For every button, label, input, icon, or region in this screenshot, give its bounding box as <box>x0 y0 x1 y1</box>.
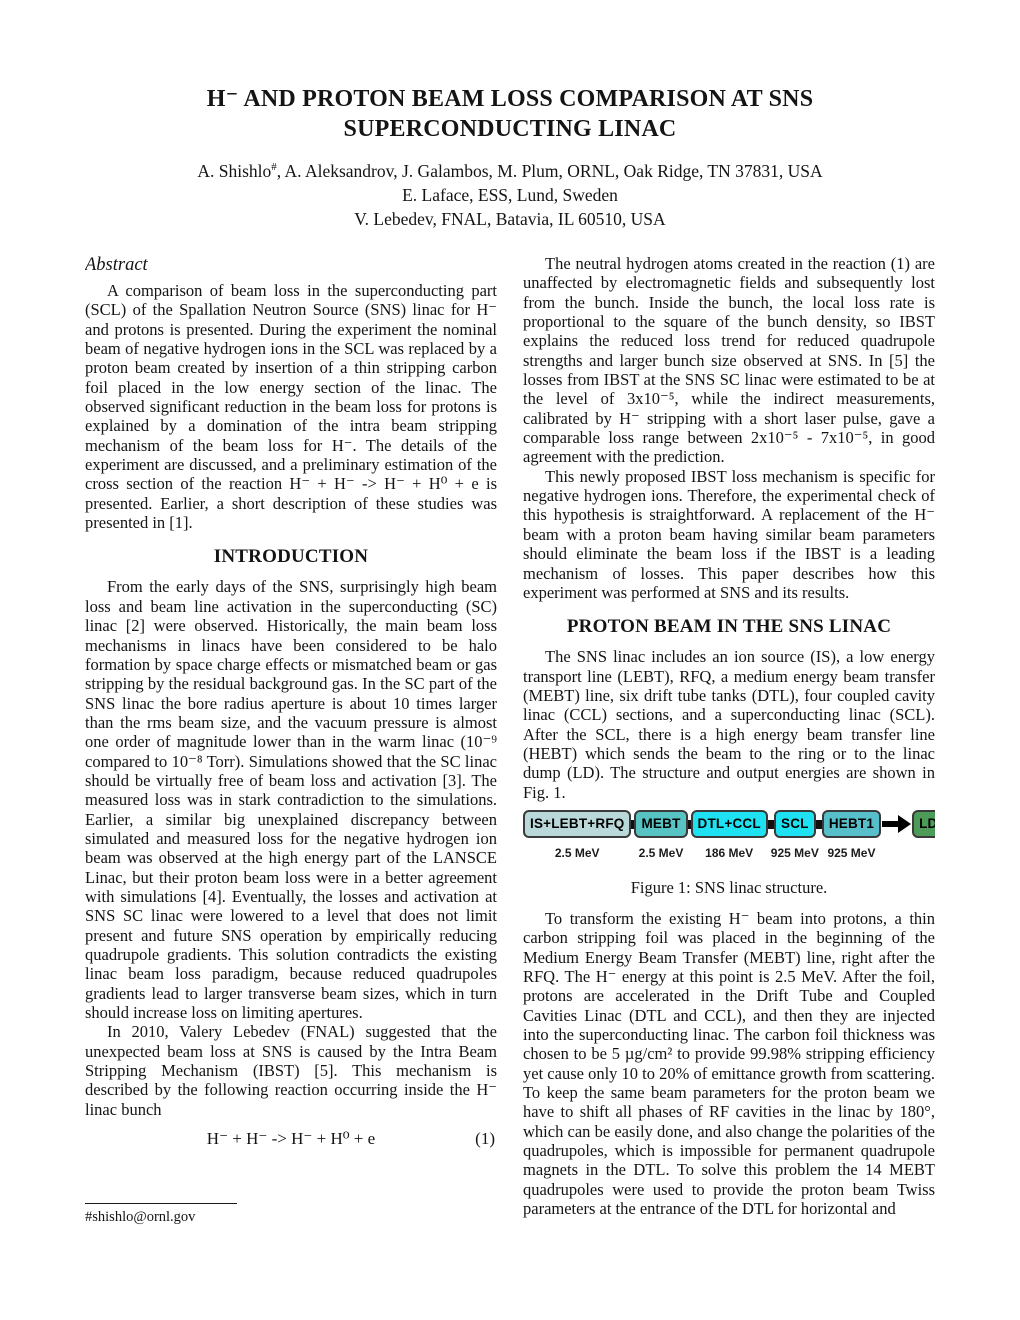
linac-energy-label: 186 MeV <box>705 846 753 860</box>
two-column-body: Abstract A comparison of beam loss in th… <box>85 254 935 1262</box>
linac-box-label: LD <box>912 810 935 838</box>
linac-diagram: IS+LEBT+RFQ2.5 MeVMEBT2.5 MeVDTL+CCL186 … <box>523 810 935 860</box>
linac-segment-dtl-ccl: DTL+CCL186 MeV <box>691 810 768 860</box>
equation-1: H⁻ + H⁻ -> H⁻ + H⁰ + e (1) <box>85 1128 497 1150</box>
linac-energy-label: 925 MeV <box>827 846 875 860</box>
intro-paragraph-1: From the early days of the SNS, surprisi… <box>85 577 497 1022</box>
figure-1: IS+LEBT+RFQ2.5 MeVMEBT2.5 MeVDTL+CCL186 … <box>523 810 935 898</box>
linac-box-label: MEBT <box>634 810 687 838</box>
figure-1-caption: Figure 1: SNS linac structure. <box>523 878 935 898</box>
abstract-heading: Abstract <box>85 254 497 276</box>
equation-number: (1) <box>475 1128 495 1150</box>
paper-page: H⁻ AND PROTON BEAM LOSS COMPARISON AT SN… <box>0 0 1020 1320</box>
author-line-1: A. Shishlo#, A. Aleksandrov, J. Galambos… <box>85 159 935 183</box>
arrow-icon <box>882 810 911 838</box>
linac-energy-label: 2.5 MeV <box>639 846 684 860</box>
paper-title-line2: SUPERCONDUCTING LINAC <box>85 114 935 144</box>
footnote-rule <box>85 1203 237 1204</box>
right-column: The neutral hydrogen atoms created in th… <box>523 254 935 1262</box>
linac-box-label: SCL <box>774 810 816 838</box>
intro-paragraph-2: In 2010, Valery Lebedev (FNAL) suggested… <box>85 1022 497 1119</box>
author-line-3: V. Lebedev, FNAL, Batavia, IL 60510, USA <box>85 207 935 231</box>
author-name: A. Shishlo <box>197 161 271 181</box>
abstract-text: A comparison of beam loss in the superco… <box>85 281 497 532</box>
linac-segment-mebt: MEBT2.5 MeV <box>634 810 687 860</box>
footnote-email: #shishlo@ornl.gov <box>85 1208 497 1226</box>
linac-box-label: DTL+CCL <box>691 810 768 838</box>
linac-energy-label: 2.5 MeV <box>555 846 600 860</box>
author-line-2: E. Laface, ESS, Lund, Sweden <box>85 183 935 207</box>
right-paragraph-4: To transform the existing H⁻ beam into p… <box>523 909 935 1219</box>
left-column: Abstract A comparison of beam loss in th… <box>85 254 497 1262</box>
paper-title-line1: H⁻ AND PROTON BEAM LOSS COMPARISON AT SN… <box>85 84 935 114</box>
proton-beam-heading: PROTON BEAM IN THE SNS LINAC <box>523 615 935 638</box>
right-paragraph-3: The SNS linac includes an ion source (IS… <box>523 647 935 802</box>
author-affiliations: , A. Aleksandrov, J. Galambos, M. Plum, … <box>277 161 823 181</box>
linac-box-label: HEBT1 <box>822 810 881 838</box>
paper-title: H⁻ AND PROTON BEAM LOSS COMPARISON AT SN… <box>85 84 935 144</box>
footnote: #shishlo@ornl.gov <box>85 1203 497 1226</box>
introduction-heading: INTRODUCTION <box>85 545 497 568</box>
linac-segment-ld: LD <box>912 810 935 860</box>
equation-expression: H⁻ + H⁻ -> H⁻ + H⁰ + e <box>207 1129 375 1148</box>
author-block: A. Shishlo#, A. Aleksandrov, J. Galambos… <box>85 159 935 231</box>
linac-box-label: IS+LEBT+RFQ <box>523 810 631 838</box>
right-paragraph-1: The neutral hydrogen atoms created in th… <box>523 254 935 467</box>
right-paragraph-2: This newly proposed IBST loss mechanism … <box>523 467 935 602</box>
linac-segment-scl: SCL925 MeV <box>771 810 819 860</box>
linac-segment-is-lebt-rfq: IS+LEBT+RFQ2.5 MeV <box>523 810 631 860</box>
linac-segment-hebt1: HEBT1925 MeV <box>822 810 881 860</box>
linac-energy-label: 925 MeV <box>771 846 819 860</box>
